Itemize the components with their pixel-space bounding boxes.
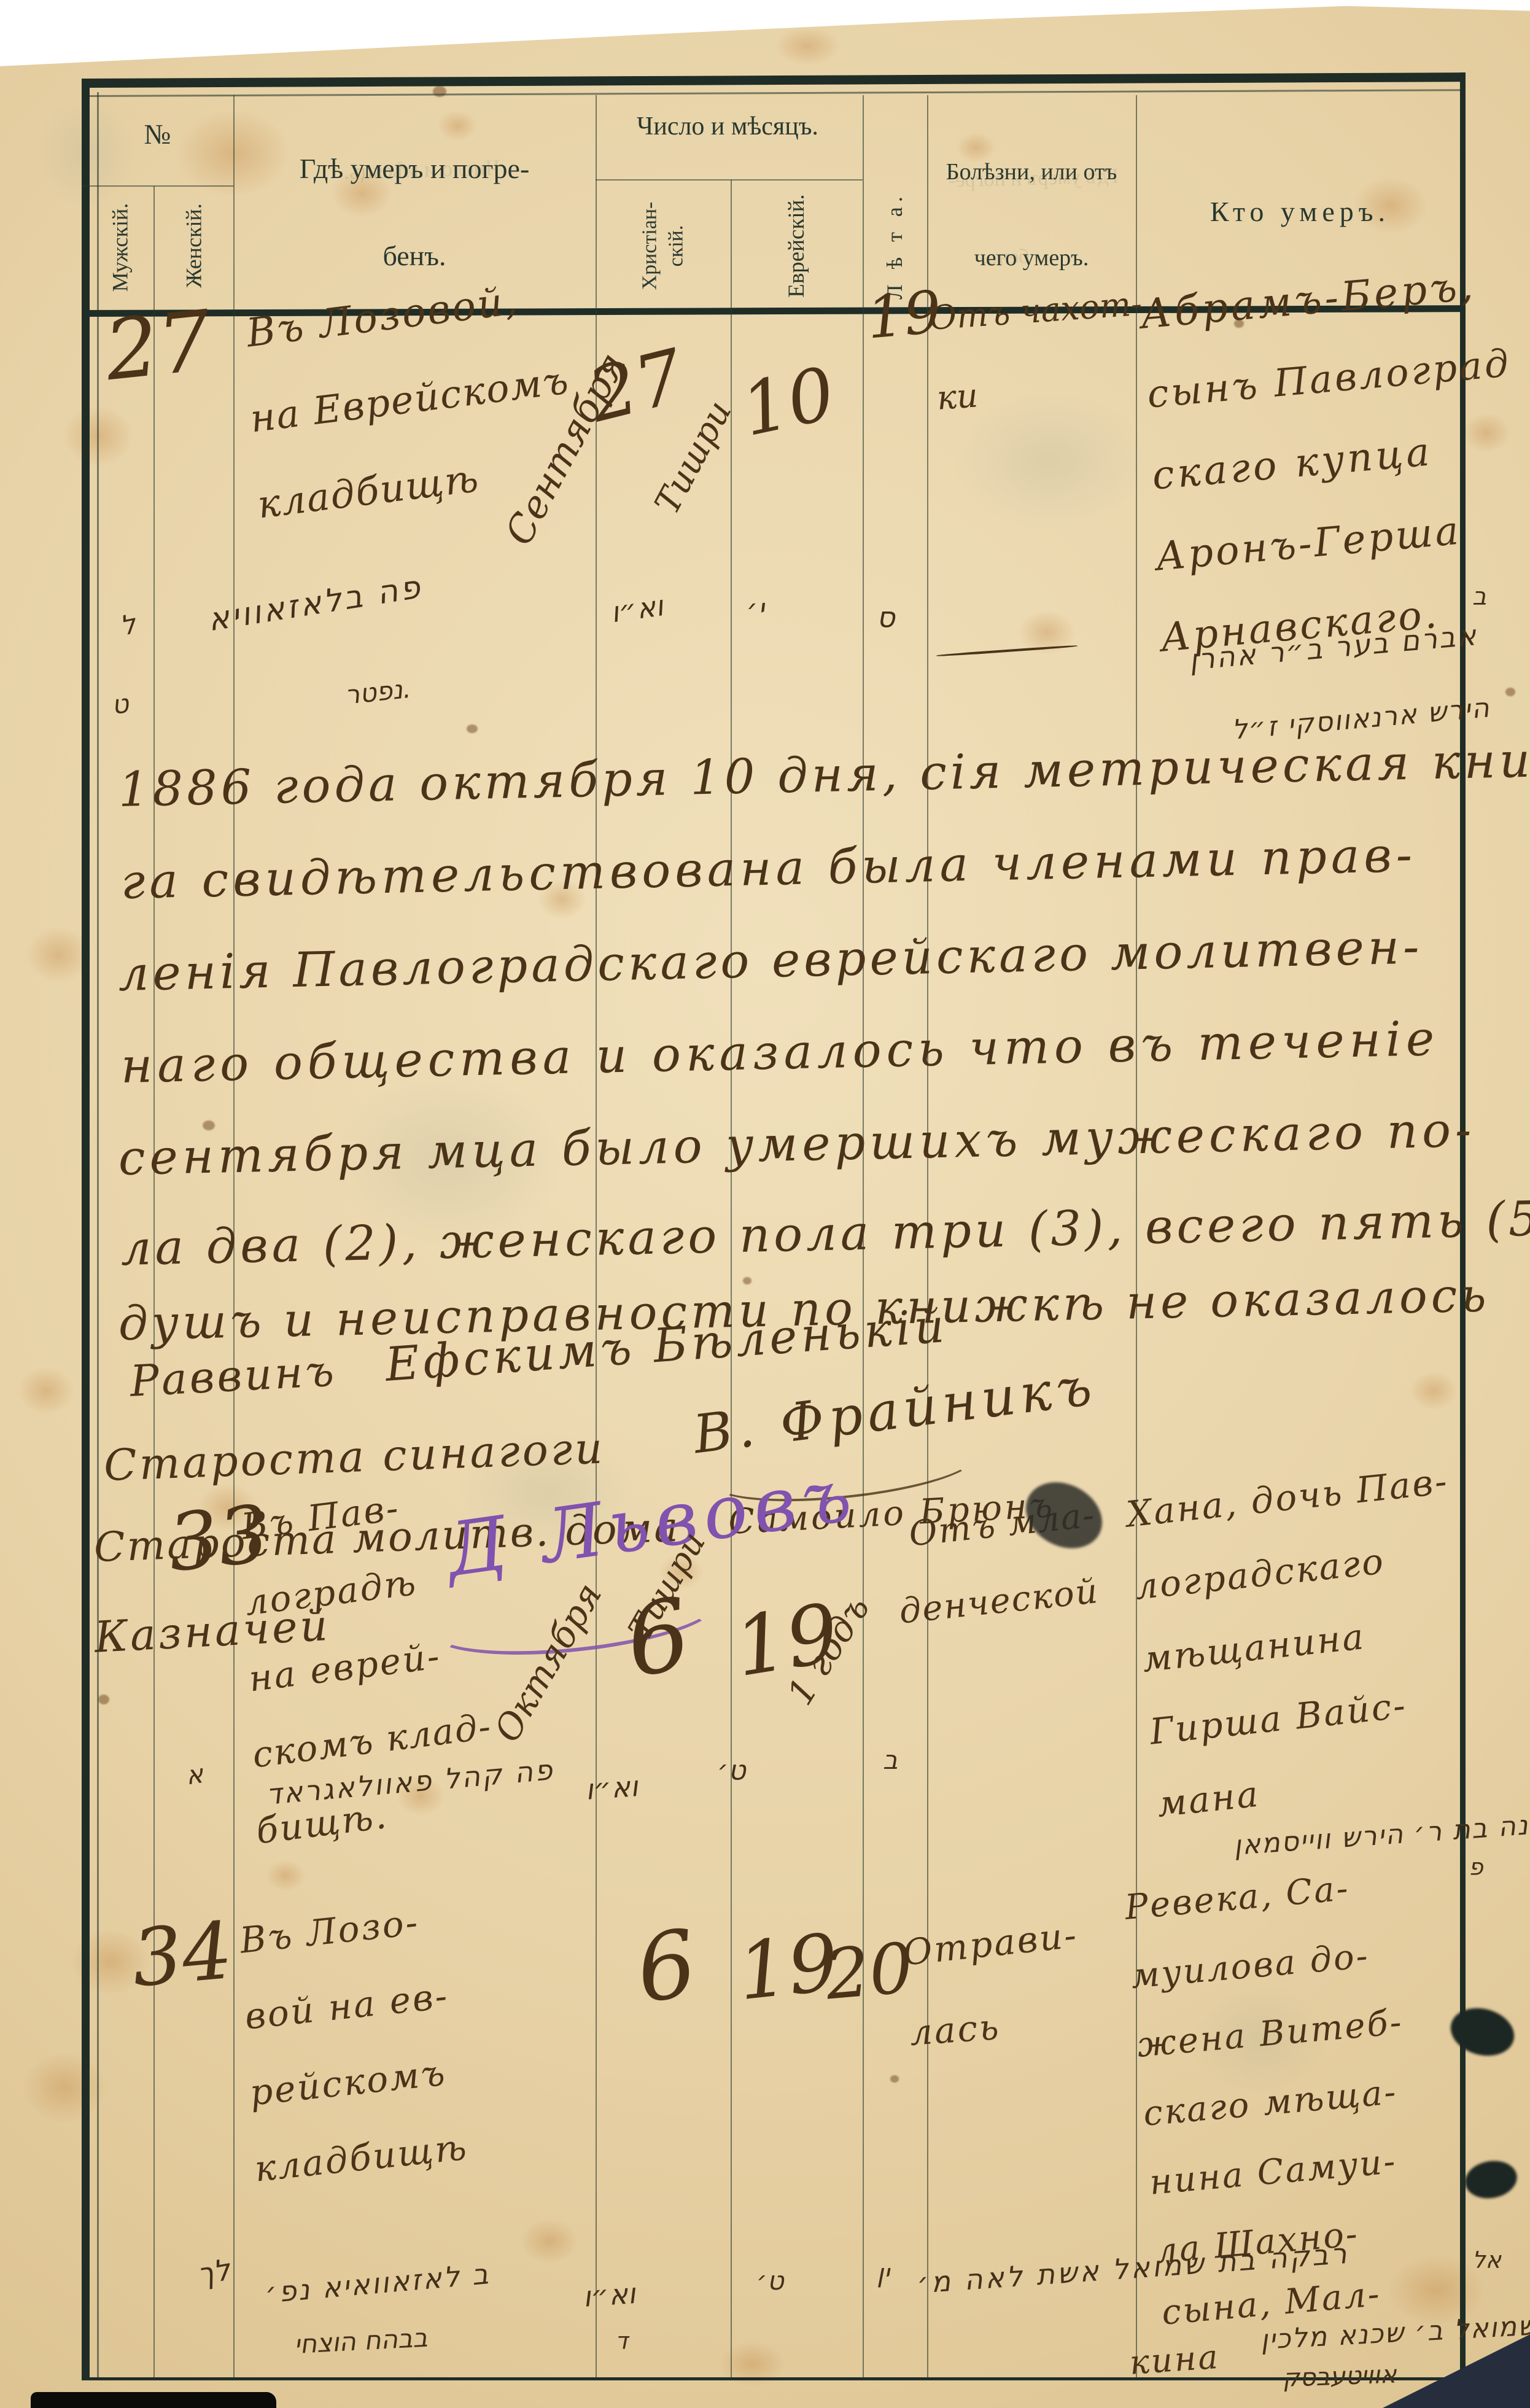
row3-who-line: кина — [1128, 2340, 1221, 2380]
header-no: № — [82, 118, 233, 150]
row3-number: 34 — [129, 1912, 235, 1999]
table-left-inner-line — [97, 92, 99, 2380]
row1-hebrew-date-jewish: י׳ — [745, 594, 766, 624]
column-divider-chr-jew — [731, 180, 732, 2378]
header-male-cell: Мужскій. — [86, 190, 153, 304]
speck — [1505, 688, 1515, 696]
row1-number: 27 — [101, 299, 215, 392]
header-male-label: Мужскій. — [107, 203, 133, 292]
row2-hebrew-margin-mark: פ — [1469, 1855, 1483, 1879]
rabbi-role: Раввинъ — [129, 1349, 337, 1402]
speck — [98, 1695, 109, 1704]
row1-date-jewish-day: 10 — [736, 357, 841, 447]
row3-cause-line: лась — [909, 2009, 1001, 2051]
row1-hebrew-number: ט — [111, 691, 130, 718]
row2-hebrew-age: ב — [883, 1747, 898, 1773]
row1-hebrew-margin-mark: ב — [1472, 585, 1486, 609]
row3-hebrew-age: ין — [877, 2261, 890, 2286]
column-divider-male-female — [153, 186, 155, 2378]
header-date-group: Число и мѣсяцъ. — [589, 112, 866, 141]
row1-hebrew-age: ס — [877, 603, 895, 631]
row3-hebrew-number: לך — [195, 2255, 233, 2290]
speck — [890, 2075, 899, 2083]
row3-hebrew-date-christian-mark: ד — [615, 2329, 628, 2353]
speck — [467, 724, 478, 733]
header-christian-line1: Христіан- — [637, 202, 663, 290]
header-who: Кто умеръ. — [1136, 195, 1464, 228]
show-through-text: Число и мѣсяцъ. — [343, 155, 500, 185]
table-left-border — [82, 79, 90, 2380]
header-cause-line2: чего умеръ. — [927, 244, 1136, 271]
header-jewish-label: Еврейскій. — [783, 194, 810, 298]
no-subheader-rule — [82, 185, 233, 187]
row1-hebrew-date-christian: וא״ו — [609, 591, 665, 626]
row2-who-line: мана — [1155, 1776, 1262, 1822]
scanned-register-page: { "colors":{ "scan-bg":"#ffffff","paper"… — [0, 0, 1530, 2408]
row1-hebrew-place: נפטר. — [344, 676, 412, 709]
row3-hebrew-who-line: אוויטעבסק — [1282, 2363, 1397, 2391]
row2-hebrew-date-christian: וא״ו — [584, 1772, 639, 1804]
date-subheader-rule — [596, 179, 863, 181]
row2-hebrew-date-jewish: ט׳ — [717, 1757, 746, 1784]
row2-hebrew-number: א — [184, 1761, 205, 1789]
row1-date-christian-day: 27 — [582, 340, 691, 433]
show-through-text: Гдѣ умеръ и погре- — [949, 165, 1119, 192]
row1-cause-line: ки — [936, 379, 979, 415]
row3-hebrew-margin-mark: אל — [1472, 2248, 1501, 2272]
row3-hebrew-date-christian: וא״ו — [582, 2279, 636, 2311]
header-jewish-cell: Еврейскій. — [732, 183, 861, 309]
scan-edge-artifact — [31, 2392, 276, 2408]
header-place-line2: бенъ. — [233, 239, 596, 272]
row3-hebrew-date-jewish: ט׳ — [756, 2268, 784, 2294]
show-through-text: бенъ. — [982, 245, 1030, 270]
table-bottom-border — [82, 2377, 1466, 2380]
row3-hebrew-place: בבהח הוצחי — [293, 2325, 428, 2358]
header-christian-line2: скій. — [663, 202, 689, 290]
header-christian-cell: Христіан- скій. — [599, 183, 728, 309]
header-female-cell: Женскій. — [155, 187, 233, 304]
header-female-label: Женскій. — [181, 203, 207, 287]
